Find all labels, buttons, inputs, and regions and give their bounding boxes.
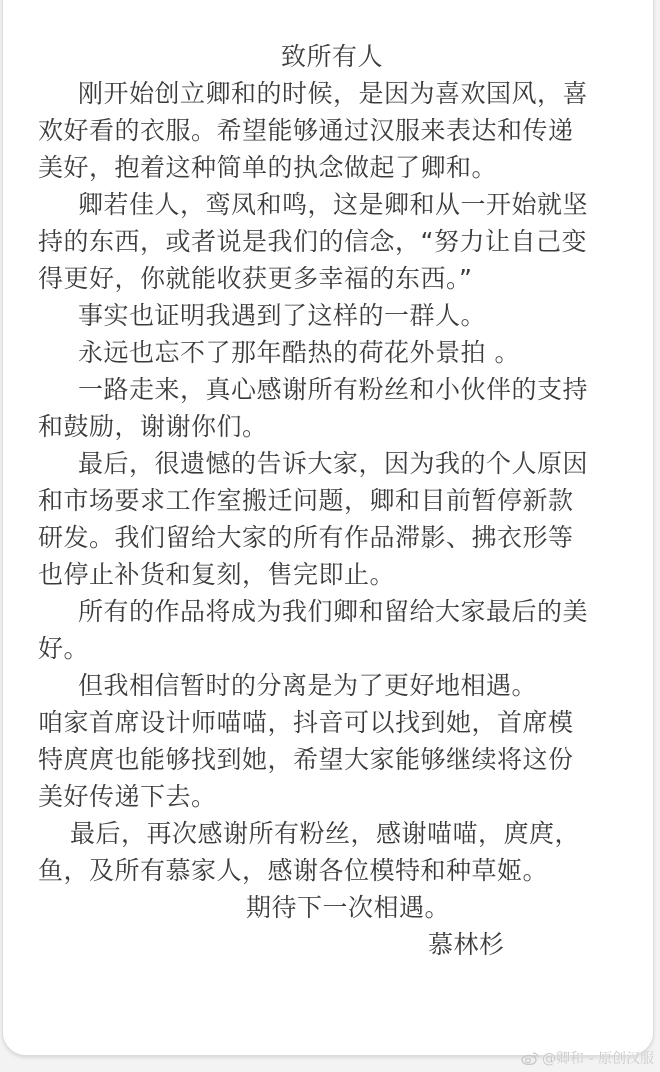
paragraph-line: 美好传递下去。 (38, 778, 628, 815)
paragraph-line: 所有的作品将成为我们卿和留给大家最后的美 (38, 593, 628, 630)
paragraph-line: 特庹庹也能够找到她，希望大家能够继续将这份 (38, 741, 628, 778)
paragraph-line: 研发。我们留给大家的所有作品滞影、拂衣形等 (38, 519, 628, 556)
paragraph-line: 但我相信暂时的分离是为了更好地相遇。 (38, 667, 628, 704)
paragraph-line: 美好，抱着这种简单的执念做起了卿和。 (38, 149, 628, 186)
weibo-icon (521, 1051, 539, 1065)
letter-title: 致所有人 (38, 38, 628, 75)
paragraph-line: 欢好看的衣服。希望能够通过汉服来表达和传递 (38, 112, 628, 149)
paragraph-line: 事实也证明我遇到了这样的一群人。 (38, 297, 628, 334)
weibo-watermark: @卿和 - 原创汉服 (521, 1048, 654, 1068)
paragraph-line: 咱家首席设计师喵喵，抖音可以找到她，首席模 (38, 704, 628, 741)
paragraph-line: 最后，很遗憾的告诉大家，因为我的个人原因 (38, 445, 628, 482)
watermark-text: @卿和 - 原创汉服 (542, 1048, 654, 1068)
paragraph-line: 一路走来，真心感谢所有粉丝和小伙伴的支持 (38, 371, 628, 408)
paragraph-line: 持的东西，或者说是我们的信念，“努力让自己变 (38, 223, 628, 260)
paragraph-line: 和鼓励，谢谢你们。 (38, 408, 628, 445)
letter-body: 致所有人 刚开始创立卿和的时候，是因为喜欢国风，喜 欢好看的衣服。希望能够通过汉… (38, 38, 628, 963)
paragraph-line: 和市场要求工作室搬迁问题，卿和目前暂停新款 (38, 482, 628, 519)
paragraph-line: 也停止补货和复刻，售完即止。 (38, 556, 628, 593)
paragraph-line: 最后，再次感谢所有粉丝，感谢喵喵，庹庹， (38, 815, 628, 852)
paragraph-line: 永远也忘不了那年酷热的荷花外景拍 。 (38, 334, 628, 371)
letter-closing: 期待下一次相遇。 (38, 889, 628, 926)
paragraph-line: 刚开始创立卿和的时候，是因为喜欢国风，喜 (38, 75, 628, 112)
paragraph-line: 得更好，你就能收获更多幸福的东西。” (38, 260, 628, 297)
paragraph-line: 鱼，及所有慕家人，感谢各位模特和种草姬。 (38, 852, 628, 889)
paragraph-line: 卿若佳人，鸾凤和鸣，这是卿和从一开始就坚 (38, 186, 628, 223)
paragraph-line: 好。 (38, 630, 628, 667)
letter-signature: 慕林杉 (38, 926, 628, 963)
